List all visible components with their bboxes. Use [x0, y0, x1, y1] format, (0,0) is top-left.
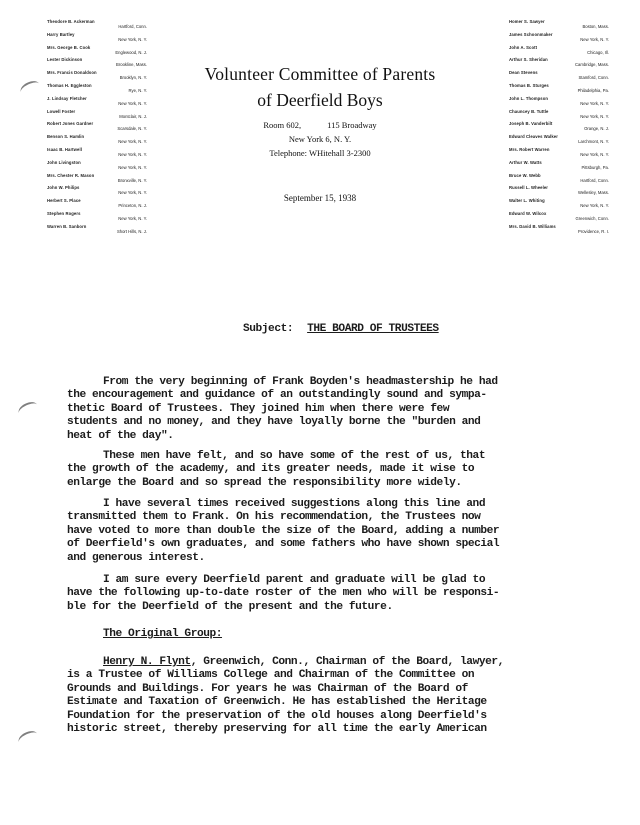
member-place: Wellesley, Mass. [578, 191, 609, 195]
member-place: Scarsdale, N. Y. [117, 127, 147, 131]
member-name: Mrs. George B. Cook [47, 46, 90, 50]
member-place: Bronxville, N. Y. [118, 179, 147, 183]
punch-hole-mark [18, 78, 41, 97]
member-name: Mrs. Chester R. Mason [47, 174, 94, 178]
telephone: Telephone: WHitehall 3-2300 [160, 148, 480, 158]
member-name: Joseph B. Vanderbilt [509, 122, 552, 126]
member-name: John Livingston [47, 161, 81, 165]
member-place: Greenwich, Conn. [575, 217, 609, 221]
member-entry: Harry BartleyNew York, N. Y. [47, 33, 147, 46]
member-entry: James SchoonmakerNew York, N. Y. [509, 33, 609, 46]
member-place: Providence, R. I. [578, 230, 609, 234]
member-name: J. Lindsay Fletcher [47, 97, 87, 101]
member-place: Montclair, N. J. [119, 115, 147, 119]
member-entry: J. Lindsay FletcherNew York, N. Y. [47, 97, 147, 110]
member-name: Thomas H. Eggleston [47, 84, 92, 88]
member-place: Chicago, Ill. [587, 51, 609, 55]
member-place: Stamford, Conn. [579, 76, 610, 80]
member-entry: Edward W. WilcoxGreenwich, Conn. [509, 212, 609, 225]
member-place: New York, N. Y. [118, 102, 147, 106]
member-place: New York, N. Y. [580, 204, 609, 208]
address-room-street: Room 602,115 Broadway [160, 120, 480, 130]
member-place: New York, N. Y. [580, 153, 609, 157]
member-place: Brookline, Mass. [116, 63, 147, 67]
member-place: Hartford, Conn. [580, 179, 609, 183]
subject-line: Subject:THE BOARD OF TRUSTEES [243, 323, 439, 336]
organization-name: Volunteer Committee of Parents [160, 64, 480, 85]
member-place: Brooklyn, N. Y. [120, 76, 147, 80]
member-place: New York, N. Y. [118, 38, 147, 42]
organization-name-line2: of Deerfield Boys [160, 90, 480, 111]
paragraph-4: I am sure every Deerfield parent and gra… [67, 574, 595, 614]
member-name: John L. Thompson [509, 97, 548, 101]
member-entry: John L. ThompsonNew York, N. Y. [509, 97, 609, 110]
member-entry: Isaac B. HartwellNew York, N. Y. [47, 148, 147, 161]
paragraph-1: From the very beginning of Frank Boyden'… [67, 376, 595, 443]
member-place: New York, N. Y. [118, 217, 147, 221]
letterhead-member-list-right: Homer S. SawyerBoston, Mass.James Schoon… [509, 20, 609, 238]
paragraph-2: These men have felt, and so have some of… [67, 450, 595, 490]
address-room: Room 602, [263, 120, 301, 130]
member-place: New York, N. Y. [118, 153, 147, 157]
member-name: John W. Philips [47, 186, 79, 190]
member-place: Philadelphia, Pa. [578, 89, 609, 93]
member-name: Lowell Foster [47, 110, 75, 114]
address-city: New York 6, N. Y. [160, 134, 480, 144]
member-name: Walter L. Whiting [509, 199, 545, 203]
subject-label: Subject: [243, 323, 293, 335]
punch-hole-mark [16, 728, 39, 747]
member-name: Robert Jones Gardner [47, 122, 93, 126]
punch-hole-mark [16, 399, 39, 418]
member-name: Dean Stevens [509, 71, 538, 75]
member-place: Englewood, N. J. [115, 51, 147, 55]
member-place: Orange, N. J. [584, 127, 609, 131]
member-name: Benson S. Hamlin [47, 135, 84, 139]
address-street: 115 Broadway [327, 120, 377, 130]
member-place: New York, N. Y. [118, 140, 147, 144]
member-place: New York, N. Y. [580, 102, 609, 106]
member-name: Edward Cleaves Walker [509, 135, 558, 139]
section-heading: The Original Group: [103, 628, 222, 641]
member-entry: Stephen RogersNew York, N. Y. [47, 212, 147, 225]
letter-date: September 15, 1938 [200, 193, 440, 203]
member-name: Mrs. David B. Williams [509, 225, 556, 229]
member-name: Edward W. Wilcox [509, 212, 546, 216]
paragraph-3: I have several times received suggestion… [67, 498, 595, 565]
member-place: Rye, N. Y. [129, 89, 147, 93]
member-entry: John LivingstonNew York, N. Y. [47, 161, 147, 174]
member-entry: Homer S. SawyerBoston, Mass. [509, 20, 609, 33]
member-name: Stephen Rogers [47, 212, 81, 216]
member-name: John A. Scott [509, 46, 537, 50]
member-place: Princeton, N. J. [118, 204, 147, 208]
member-name: Chauncey B. Tuttle [509, 110, 548, 114]
document-page: Theodore B. AckermanHartford, Conn.Harry… [0, 0, 640, 825]
member-name: Warren B. Sanborn [47, 225, 86, 229]
member-entry: Theodore B. AckermanHartford, Conn. [47, 20, 147, 33]
trustee-entry: Henry N. Flynt, Greenwich, Conn., Chairm… [67, 656, 595, 736]
member-place: New York, N. Y. [118, 166, 147, 170]
member-name: Mrs. Robert Warren [509, 148, 550, 152]
member-name: Herbert S. Place [47, 199, 81, 203]
member-name: Homer S. Sawyer [509, 20, 545, 24]
member-entry: Thomas H. EgglestonRye, N. Y. [47, 84, 147, 97]
member-name: Russell L. Wheeler [509, 186, 548, 190]
member-name: Harry Bartley [47, 33, 75, 37]
member-name: James Schoonmaker [509, 33, 553, 37]
member-place: New York, N. Y. [580, 38, 609, 42]
trustee-name: Henry N. Flynt [103, 656, 191, 668]
member-place: Short Hills, N. J. [117, 230, 147, 234]
member-place: New York, N. Y. [580, 115, 609, 119]
member-place: Pittsburgh, Pa. [582, 166, 609, 170]
member-entry: Thomas B. SturgesPhiladelphia, Pa. [509, 84, 609, 97]
member-name: Isaac B. Hartwell [47, 148, 82, 152]
letterhead-member-list-left: Theodore B. AckermanHartford, Conn.Harry… [47, 20, 147, 238]
subject-title: THE BOARD OF TRUSTEES [307, 323, 439, 335]
member-entry: Arthur W. WattsPittsburgh, Pa. [509, 161, 609, 174]
member-name: Arthur S. Sheridan [509, 58, 548, 62]
member-place: Boston, Mass. [582, 25, 609, 29]
member-place: Cambridge, Mass. [575, 63, 609, 67]
member-name: Arthur W. Watts [509, 161, 542, 165]
member-entry: Mrs. David B. WilliamsProvidence, R. I. [509, 225, 609, 238]
member-entry: Warren B. SanbornShort Hills, N. J. [47, 225, 147, 238]
member-name: Mrs. Francis Donaldson [47, 71, 97, 75]
member-place: New York, N. Y. [118, 191, 147, 195]
member-name: Lester Dickinson [47, 58, 82, 62]
member-place: Larchmont, N. Y. [578, 140, 609, 144]
member-place: Hartford, Conn. [118, 25, 147, 29]
member-entry: Mrs. Robert WarrenNew York, N. Y. [509, 148, 609, 161]
member-name: Thomas B. Sturges [509, 84, 549, 88]
member-name: Theodore B. Ackerman [47, 20, 95, 24]
member-name: Bruce W. Webb [509, 174, 541, 178]
